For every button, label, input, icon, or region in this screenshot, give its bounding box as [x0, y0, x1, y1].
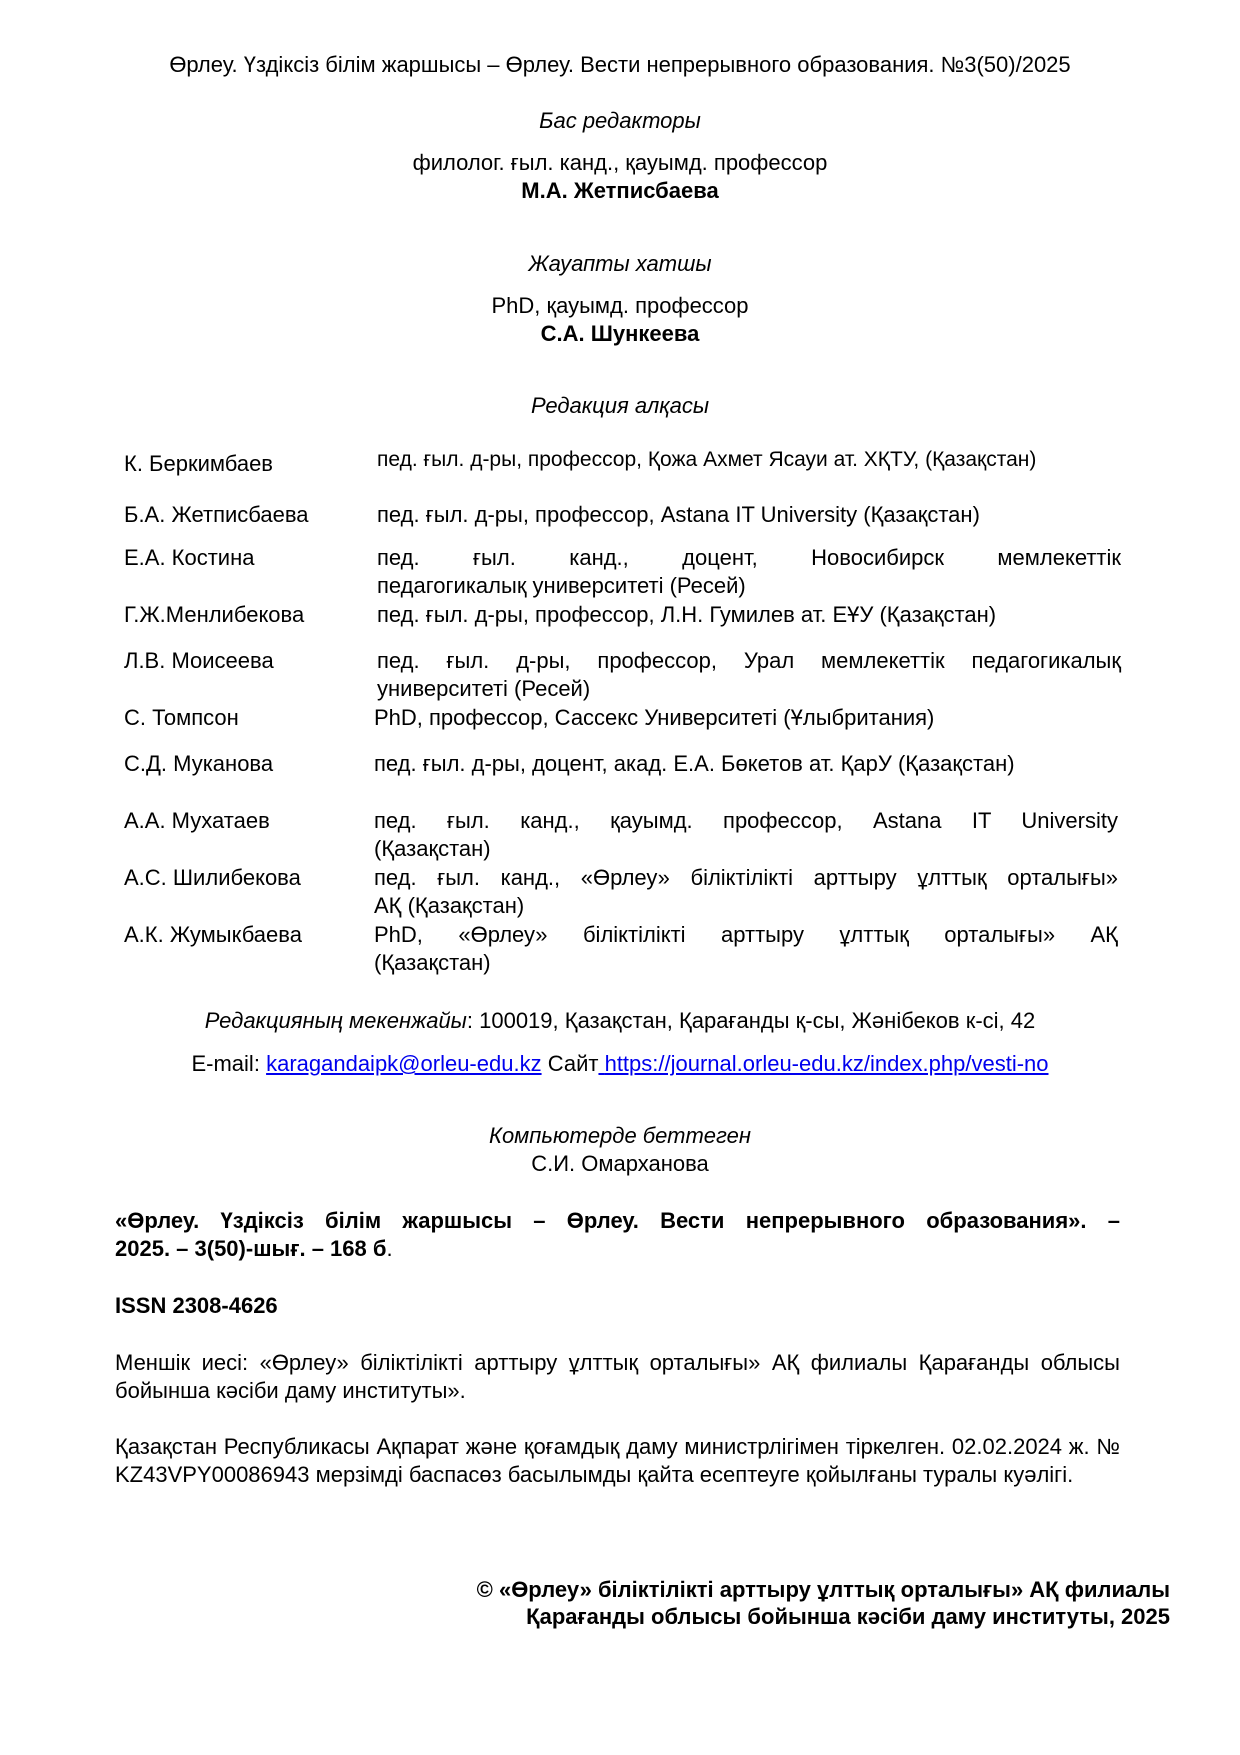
member-name: К. Беркимбаев — [124, 450, 374, 478]
member-name: Б.А. Жетписбаева — [124, 501, 374, 529]
member-desc-cont: АҚ (Қазақстан) — [374, 892, 1118, 920]
executive-secretary-name: С.А. Шункеева — [0, 321, 1240, 347]
address-label: Редакцияның мекенжайы — [205, 1008, 467, 1033]
member-name: С. Томпсон — [124, 704, 374, 732]
member-name: Е.А. Костина — [124, 544, 374, 572]
running-header: Өрлеу. Үздіксіз білім жаршысы – Өрлеу. В… — [0, 52, 1240, 78]
member-desc-cont: педагогикалық университеті (Ресей) — [377, 572, 1121, 600]
site-label: Сайт — [548, 1051, 599, 1076]
editor-in-chief-name: М.А. Жетписбаева — [0, 178, 1240, 204]
member-desc-cont: (Қазақстан) — [374, 835, 1118, 863]
registration-statement: Қазақстан Республикасы Ақпарат және қоға… — [115, 1433, 1120, 1489]
email-link[interactable]: karagandaipk@orleu-edu.kz — [266, 1051, 542, 1076]
member-desc: пед. ғыл. д-ры, доцент, акад. Е.А. Бөкет… — [374, 750, 1118, 778]
member-desc: пед. ғыл. д-ры, профессор, Astana IT Uni… — [377, 501, 1121, 529]
member-name: А.С. Шилибекова — [124, 864, 374, 892]
member-desc-cont: (Қазақстан) — [374, 949, 1118, 977]
member-desc: PhD, «Өрлеу» біліктілікті арттыру ұлттық… — [374, 921, 1118, 949]
member-desc: пед. ғыл. д-ры, профессор, Урал мемлекет… — [377, 647, 1121, 675]
member-desc: пед. ғыл. д-ры, профессор, Л.Н. Гумилев … — [377, 601, 1121, 629]
citation-line-2: 2025. – 3(50)-шығ. – 168 б. — [115, 1235, 1120, 1263]
copyright-line-2: Қарағанды облысы бойынша кәсіби даму инс… — [300, 1603, 1170, 1630]
email-colon: : — [254, 1051, 260, 1076]
member-name: Г.Ж.Менлибекова — [124, 601, 374, 629]
editor-in-chief-title: филолог. ғыл. канд., қауымд. профессор — [0, 150, 1240, 176]
member-desc: PhD, профессор, Сассекс Университеті (Ұл… — [374, 704, 1118, 732]
member-desc: пед. ғыл. канд., доцент, Новосибирск мем… — [377, 544, 1121, 572]
contacts-line: E-mail: karagandaipk@orleu-edu.kz Сайт h… — [0, 1051, 1240, 1077]
email-label: E-mail — [191, 1051, 253, 1076]
member-desc: пед. ғыл. д-ры, профессор, Қожа Ахмет Яс… — [377, 446, 1121, 474]
layout-by-heading: Компьютерде беттеген — [0, 1123, 1240, 1149]
member-desc-cont: университеті (Ресей) — [377, 675, 1121, 703]
editorial-address: Редакцияның мекенжайы: 100019, Қазақстан… — [0, 1008, 1240, 1034]
executive-secretary-title: PhD, қауымд. профессор — [0, 293, 1240, 319]
member-desc: пед. ғыл. канд., қауымд. профессор, Asta… — [374, 807, 1118, 835]
executive-secretary-heading: Жауапты хатшы — [0, 251, 1240, 277]
editor-in-chief-heading: Бас редакторы — [0, 108, 1240, 134]
editorial-board-heading: Редакция алқасы — [0, 393, 1240, 419]
citation-line-1: «Өрлеу. Үздіксіз білім жаршысы – Өрлеу. … — [115, 1207, 1120, 1235]
member-desc: пед. ғыл. канд., «Өрлеу» біліктілікті ар… — [374, 864, 1118, 892]
copyright-line-1: © «Өрлеу» біліктілікті арттыру ұлттық ор… — [300, 1576, 1170, 1603]
site-link[interactable]: https://journal.orleu-edu.kz/index.php/v… — [598, 1051, 1048, 1076]
owner-statement: Меншік иесі: «Өрлеу» біліктілікті арттыр… — [115, 1349, 1120, 1405]
address-value: 100019, Қазақстан, Қарағанды қ-сы, Жәніб… — [473, 1008, 1035, 1033]
member-name: А.А. Мухатаев — [124, 807, 374, 835]
member-name: А.К. Жумыкбаева — [124, 921, 374, 949]
member-name: С.Д. Муканова — [124, 750, 374, 778]
layout-by-name: С.И. Омарханова — [0, 1151, 1240, 1177]
issn: ISSN 2308-4626 — [115, 1292, 1120, 1320]
member-name: Л.В. Моисеева — [124, 647, 374, 675]
